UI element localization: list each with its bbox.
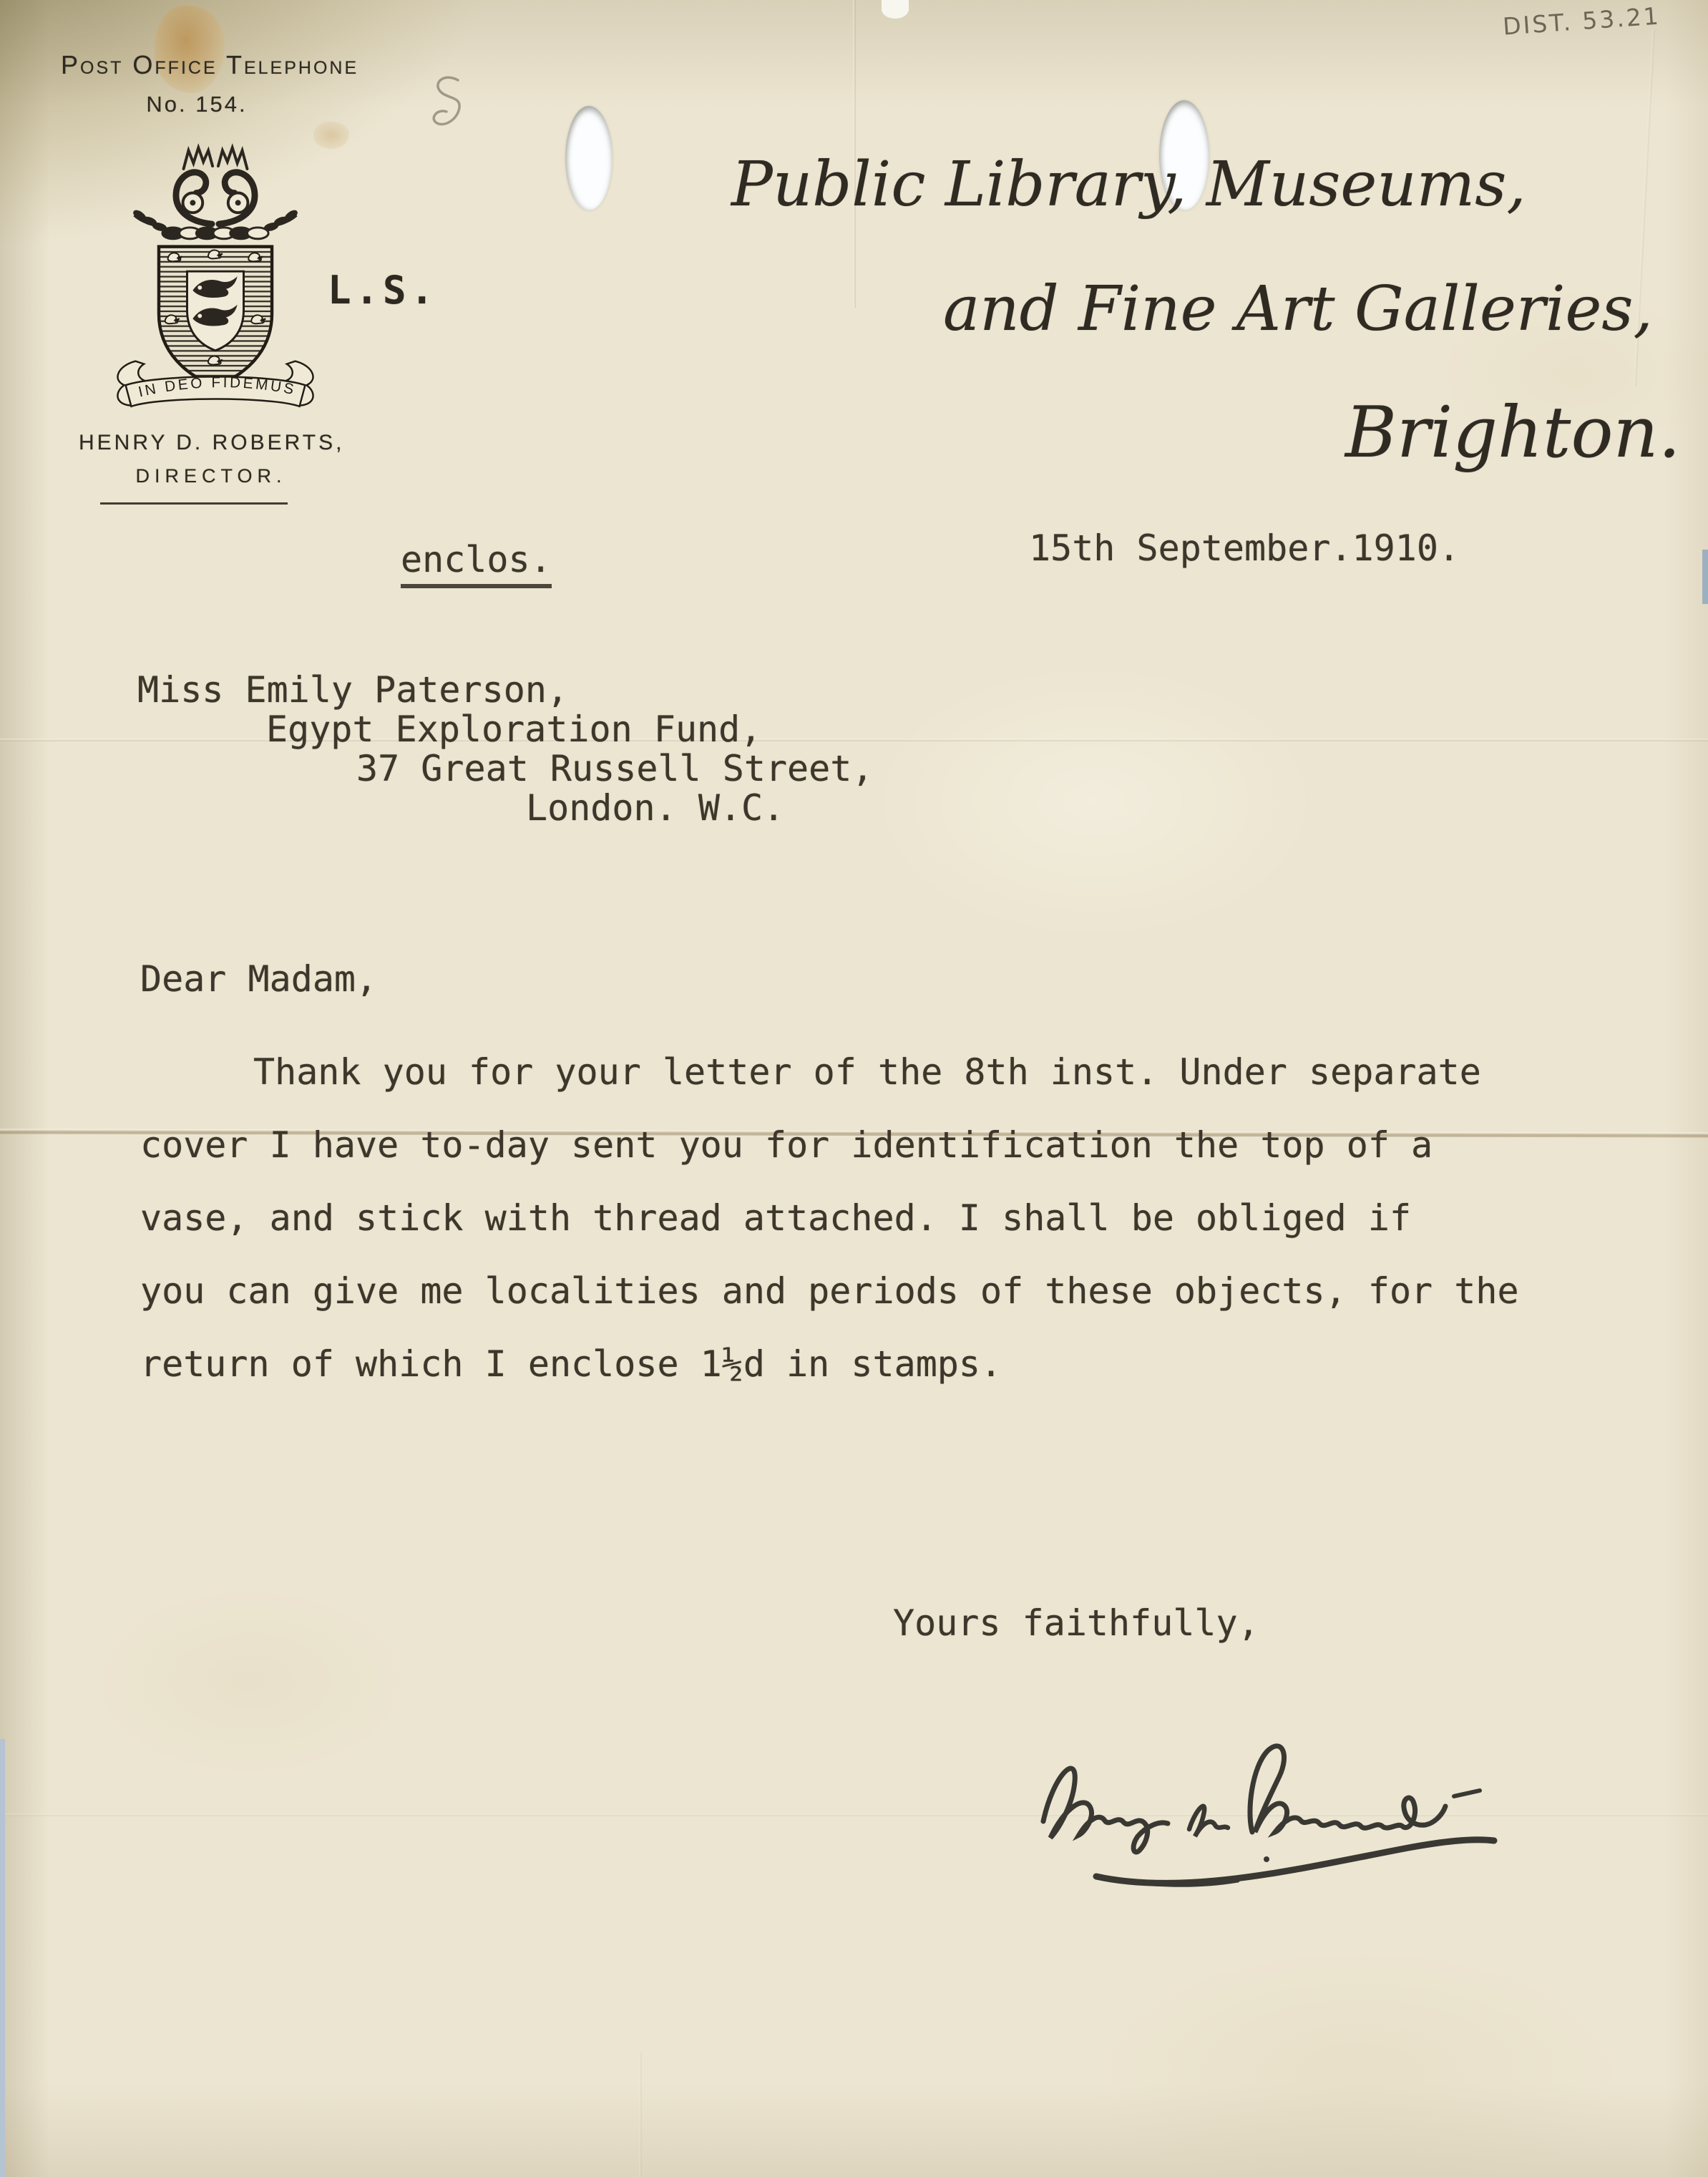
director-underline: [100, 502, 288, 505]
recipient-line: Egypt Exploration Fund,: [266, 711, 761, 748]
director-name: HENRY D. ROBERTS,: [79, 431, 343, 455]
crease-vertical-bottom: [639, 2052, 642, 2177]
org-name-line-3: Brighton.: [1345, 392, 1681, 474]
director-title: DIRECTOR.: [79, 465, 343, 487]
telephone-line-1: Post Office Telephone: [61, 50, 333, 80]
punch-hole-left: [565, 106, 613, 210]
crest-foliage: [133, 210, 298, 231]
recipient-line: Miss Emily Paterson,: [137, 671, 568, 708]
body-line: cover I have to-day sent you for identif…: [140, 1126, 1433, 1164]
top-edge-notch: [882, 0, 909, 19]
scanner-bed-right-nick: [1702, 550, 1708, 604]
signature-henry-roberts: [1016, 1689, 1524, 1904]
org-name-line-2: and Fine Art Galleries,: [943, 273, 1653, 345]
telephone-line-2: No. 154.: [61, 92, 333, 117]
crest-dolphins: [176, 147, 255, 224]
recipient-line: London. W.C.: [526, 789, 784, 827]
org-name-line-1: Public Library, Museums,: [731, 149, 1526, 220]
salutation: Dear Madam,: [140, 960, 377, 998]
scanner-bed-left-edge: [0, 1739, 5, 2177]
body-line: Thank you for your letter of the 8th ins…: [253, 1053, 1481, 1091]
recipient-line: 37 Great Russell Street,: [356, 750, 873, 787]
letter-date: 15th September.1910.: [1029, 530, 1460, 567]
ls-mark: L.S.: [328, 271, 438, 311]
fold-crease-upper: [0, 739, 1708, 741]
body-line: return of which I enclose 1½d in stamps.: [140, 1345, 1002, 1383]
body-line: vase, and stick with thread attached. I …: [140, 1199, 1411, 1237]
crest-torse: [162, 228, 268, 239]
scanned-letter-page: DIST. 53.21 Post Office Telephone No. 15…: [0, 0, 1708, 2177]
enclosure-note: enclos.: [401, 541, 552, 588]
pencil-squiggle: [424, 72, 474, 140]
body-line: you can give me localities and periods o…: [140, 1272, 1519, 1310]
closing-valediction: Yours faithfully,: [893, 1604, 1259, 1642]
brighton-crest: IN DEO FIDEMUS: [99, 140, 332, 424]
